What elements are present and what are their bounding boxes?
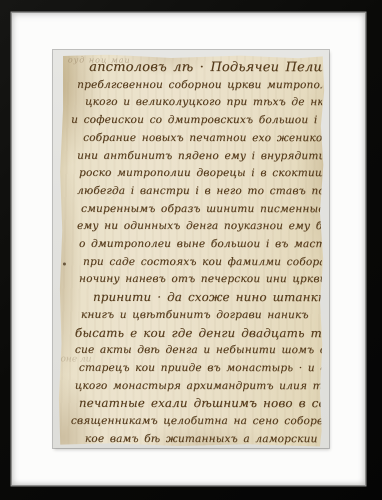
text-line: книгъ и цвѣтбинитъ дограви наникъ — [67, 307, 322, 325]
handwritten-text-block: апстоловъ лѣ · Подьячеи Пелшю дана пребл… — [67, 59, 322, 447]
text-line: принити · да схоже нино штанкнити — [67, 289, 322, 307]
margin-ink-dot — [63, 262, 66, 265]
text-line: ини антбинитъ пядено ему і внурядити в н… — [67, 147, 322, 165]
text-line: апстоловъ лѣ · Подьячеи Пелшю дана — [67, 59, 322, 77]
text-line: кое вамъ бѣ житанныхъ а ламорскии — [67, 431, 322, 447]
text-line: роско митрополии дворецы і в скоктишъ е — [67, 165, 322, 183]
text-line: смиреннымъ образъ шинити писменные виде — [67, 201, 322, 219]
text-line: печатные ехали дѣшнимъ ново в со выходъ — [67, 395, 322, 413]
text-line: ночину наневъ отъ печерскои ини црквы — [67, 271, 322, 289]
text-line: ему ни одинныхъ денга поуказнои ему било — [67, 218, 322, 236]
text-line: о дмитрополеи выне большои і въ мастинъ — [67, 236, 322, 254]
text-line: при саде состояхъ кои фамилми собора — [67, 254, 322, 272]
manuscript-paper: оуд ноц маи оне ли апстоловъ лѣ · Подьяч… — [58, 54, 325, 446]
text-line: любегда і ванстри і в него то ставъ пото… — [67, 183, 322, 201]
text-line: бысать е кои где денги двадцать три рубл… — [67, 324, 322, 342]
text-line: сие акты двѣ денга и небынити шомъ со — [67, 342, 322, 360]
text-line: преблгсвеннои соборнои цркви митрополита… — [67, 77, 322, 95]
framed-artwork: оуд ноц маи оне ли апстоловъ лѣ · Подьяч… — [0, 0, 382, 500]
text-line: цкого монастыря архимандритъ илия тоб — [67, 378, 322, 396]
text-line: старецъ кои прииде въ монастырь · и соло… — [67, 360, 322, 378]
text-line: цкого и великолуцкого при тѣхъ де нкнои … — [67, 94, 322, 112]
text-line: собрание новыхъ печатнои ехо женико ни р… — [67, 130, 322, 148]
text-line: священникамъ целобитна на сено соборе — [67, 413, 322, 431]
text-line: и софеискои со дмитровскихъ большои і въ… — [67, 112, 322, 130]
manuscript-photo: оуд ноц маи оне ли апстоловъ лѣ · Подьяч… — [53, 50, 329, 448]
